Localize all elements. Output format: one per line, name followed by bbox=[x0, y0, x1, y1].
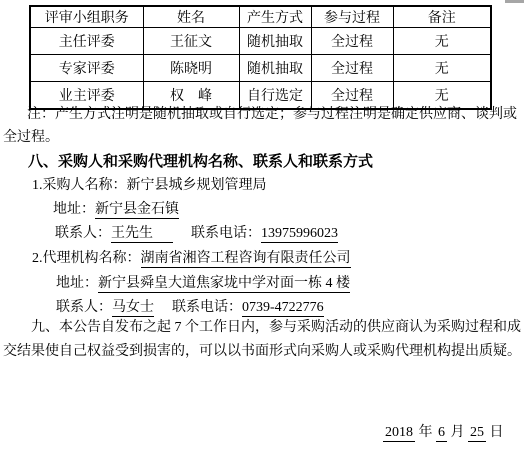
table-note: 注：产生方式注明是随机抽取或自行选定；参与过程注明是确定供应商、谈判或全过程。 bbox=[3, 103, 521, 149]
agency-contact-label: 联系人： bbox=[56, 300, 112, 315]
purchaser-phone-label: 联系电话： bbox=[191, 226, 261, 241]
col-header-process: 参与过程 bbox=[311, 6, 393, 28]
purchaser-address-value: 新宁县金石镇 bbox=[95, 202, 179, 219]
col-header-role: 评审小组职务 bbox=[30, 6, 143, 28]
purchaser-name-label: 1.采购人名称： bbox=[32, 178, 127, 193]
col-header-method: 产生方式 bbox=[239, 6, 311, 28]
agency-contact-value: 马女士 bbox=[112, 300, 154, 317]
cell-role: 专家评委 bbox=[30, 55, 143, 82]
date-year: 2018 bbox=[383, 425, 415, 442]
col-header-remark: 备注 bbox=[393, 6, 491, 28]
cell-method: 随机抽取 bbox=[239, 28, 311, 55]
agency-address-line: 地址：新宁县舜皇大道焦家垅中学对面一栋 4 楼 bbox=[56, 274, 350, 293]
table-header-row: 评审小组职务 姓名 产生方式 参与过程 备注 bbox=[30, 6, 491, 28]
date-month-unit: 月 bbox=[451, 425, 465, 440]
purchaser-address-label: 地址： bbox=[53, 202, 95, 217]
purchaser-contact-label: 联系人： bbox=[55, 226, 111, 241]
cell-role: 主任评委 bbox=[30, 28, 143, 55]
purchaser-name-value: 新宁县城乡规划管理局 bbox=[127, 178, 267, 193]
cell-name: 王征文 bbox=[143, 28, 239, 55]
purchaser-address-line: 地址：新宁县金石镇 bbox=[53, 200, 179, 219]
purchaser-phone-value: 13975996023 bbox=[261, 226, 338, 243]
table-row: 主任评委 王征文 随机抽取 全过程 无 bbox=[30, 28, 491, 55]
agency-phone-value: 0739-4722776 bbox=[242, 300, 324, 317]
date-day: 25 bbox=[468, 425, 486, 442]
col-header-name: 姓名 bbox=[143, 6, 239, 28]
cell-process: 全过程 bbox=[311, 28, 393, 55]
date-month: 6 bbox=[436, 425, 447, 442]
purchaser-contact-line: 联系人：王先生联系电话：13975996023 bbox=[55, 224, 338, 243]
date-year-unit: 年 bbox=[419, 425, 433, 440]
purchaser-contact-value: 王先生 bbox=[111, 226, 173, 243]
window-edge-fragment bbox=[505, 0, 524, 3]
table-row: 专家评委 陈晓明 随机抽取 全过程 无 bbox=[30, 55, 491, 82]
agency-address-label: 地址： bbox=[56, 276, 98, 291]
cell-method: 随机抽取 bbox=[239, 55, 311, 82]
agency-address-value: 新宁县舜皇大道焦家垅中学对面一栋 4 楼 bbox=[98, 276, 350, 293]
agency-name-value: 湖南省湘咨工程咨询有限责任公司 bbox=[141, 251, 351, 268]
agency-name-line: 2.代理机构名称：湖南省湘咨工程咨询有限责任公司 bbox=[32, 249, 351, 268]
purchaser-name-line: 1.采购人名称：新宁县城乡规划管理局 bbox=[32, 176, 267, 195]
agency-phone-label: 联系电话： bbox=[172, 300, 242, 315]
document-page: 评审小组职务 姓名 产生方式 参与过程 备注 主任评委 王征文 随机抽取 全过程… bbox=[0, 0, 524, 449]
cell-name: 陈晓明 bbox=[143, 55, 239, 82]
cell-remark: 无 bbox=[393, 28, 491, 55]
cell-process: 全过程 bbox=[311, 55, 393, 82]
review-committee-table: 评审小组职务 姓名 产生方式 参与过程 备注 主任评委 王征文 随机抽取 全过程… bbox=[29, 5, 492, 110]
date-day-unit: 日 bbox=[490, 425, 504, 440]
section-9-paragraph: 九、本公告自发布之起 7 个工作日内，参与采购活动的供应商认为采购过程和成交结果… bbox=[3, 316, 521, 364]
agency-name-label: 2.代理机构名称： bbox=[32, 251, 141, 266]
document-date: 2018 年 6 月 25 日 bbox=[383, 423, 504, 442]
agency-contact-line: 联系人：马女士联系电话：0739-4722776 bbox=[56, 298, 324, 317]
section-8-heading: 八、采购人和采购代理机构名称、联系人和联系方式 bbox=[28, 150, 373, 171]
cell-remark: 无 bbox=[393, 55, 491, 82]
